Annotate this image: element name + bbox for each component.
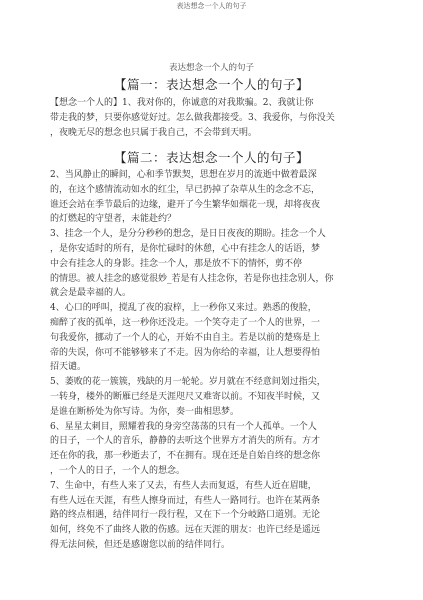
text-line: 句我爱你，挪动了一个人的心，开始不由自主。若是以前的楚殇是上 [50,331,350,346]
text-line: 6、星星太刺目，照耀着我的身旁空荡荡的只有一个人孤单。一个人 [50,420,350,435]
text-line: 是谁在断桥处为你写诗。为你，奏一曲相思梦。 [50,405,350,420]
text-line: 的灯燃起的守望者，未能赴约？ [50,212,350,227]
text-line: 帝的失误，你可不能够够来了不走。因为你给的幸福，让人想要得怕 [50,346,350,361]
text-line: ，夜晚无尽的想念也只属于我自己，不会带到天明。 [50,126,350,141]
text-line: 痴醉了夜的孤单，这一秒你还没走。一个笑夺走了一个人的世界，一 [50,316,350,331]
text-line: 招天谴。 [50,360,350,375]
text-line: ，一个人的日子，一个人的想念。 [50,464,350,479]
text-line: 2、当风静止的瞬间，心和季节默契，思想在岁月的流逝中做着最深 [50,168,350,183]
text-line: 的日子，一个人的音乐，静静的去听这个世界方才消失的所有。方才 [50,434,350,449]
text-line: 的，在这个感情流动如水的红尘，早已扔掉了杂草从生的念念不忘， [50,183,350,198]
text-line: 谁还会站在季节最后的边缘，避开了今生繁华如烟花一现，却将夜夜 [50,198,350,213]
text-line: ，是你安适时的所有，是你忙碌时的休憩，心中有挂念人的话语，梦 [50,242,350,257]
section-2-body: 2、当风静止的瞬间，心和季节默契，思想在岁月的流逝中做着最深 的，在这个感情流动… [50,168,350,553]
text-line: 如何，终免不了曲终人散的伤感。远在天涯的朋友：也许已经是遥远 [50,523,350,538]
text-line: 【想念一个人的】1、我对你的，你诚意的对我欺骗。2、我就让你 [50,96,350,111]
section-1-body: 【想念一个人的】1、我对你的，你诚意的对我欺骗。2、我就让你 带走我的梦，只要你… [50,96,350,140]
text-line: 路的终点相遇，结伴同行一段行程，又在下一个分岐路口道别。无论 [50,508,350,523]
text-line: 7、生命中，有些人来了又去，有些人去而复返，有些人近在眉睫， [50,479,350,494]
text-line: 的情思。被人挂念的感觉很妙_若是有人挂念你，若是你也挂念别人，你 [50,272,350,287]
text-line: 得无法问候，但还是感谢您以前的结伴同行。 [50,538,350,553]
text-line: 还在你的我，那一秒逝去了，不在拥有。现在还是自始自终的想念你 [50,449,350,464]
document-title: 表达想念一个人的句子 [0,61,423,73]
text-line: 带走我的梦，只要你感觉好过。怎么做我都接受。3、我爱你，与你没关 [50,111,350,126]
text-line: 4、心口的呼叫，搅乱了夜的寂梓，上一秒你又来过。熟悉的俊脸， [50,301,350,316]
section-heading-1: 【篇一：表达想念一个人的句子】 [0,75,423,93]
text-line: 中会有挂念人的身影。挂念一个人，那是放不下的情怀，剪不停 [50,257,350,272]
page-header: 表达想念一个人的句子 [0,1,423,11]
section-heading-2: 【篇二：表达想念一个人的句子】 [0,148,423,166]
text-line: 3、挂念一个人，是分分秒秒的想念，是日日夜夜的期盼。挂念一个人 [50,227,350,242]
text-line: 就会是最幸福的人。 [50,286,350,301]
text-line: 有些人远在天涯，有些人擦身而过，有些人一路同行。也许在某两条 [50,494,350,509]
text-line: 一转身，楼外的断雁已经是天涯咫尺又难寄以前。不知夜半时候，又 [50,390,350,405]
text-line: 5、萎败的花一簇簇，残缺的月一轮轮。岁月就在不经意间划过指尖， [50,375,350,390]
